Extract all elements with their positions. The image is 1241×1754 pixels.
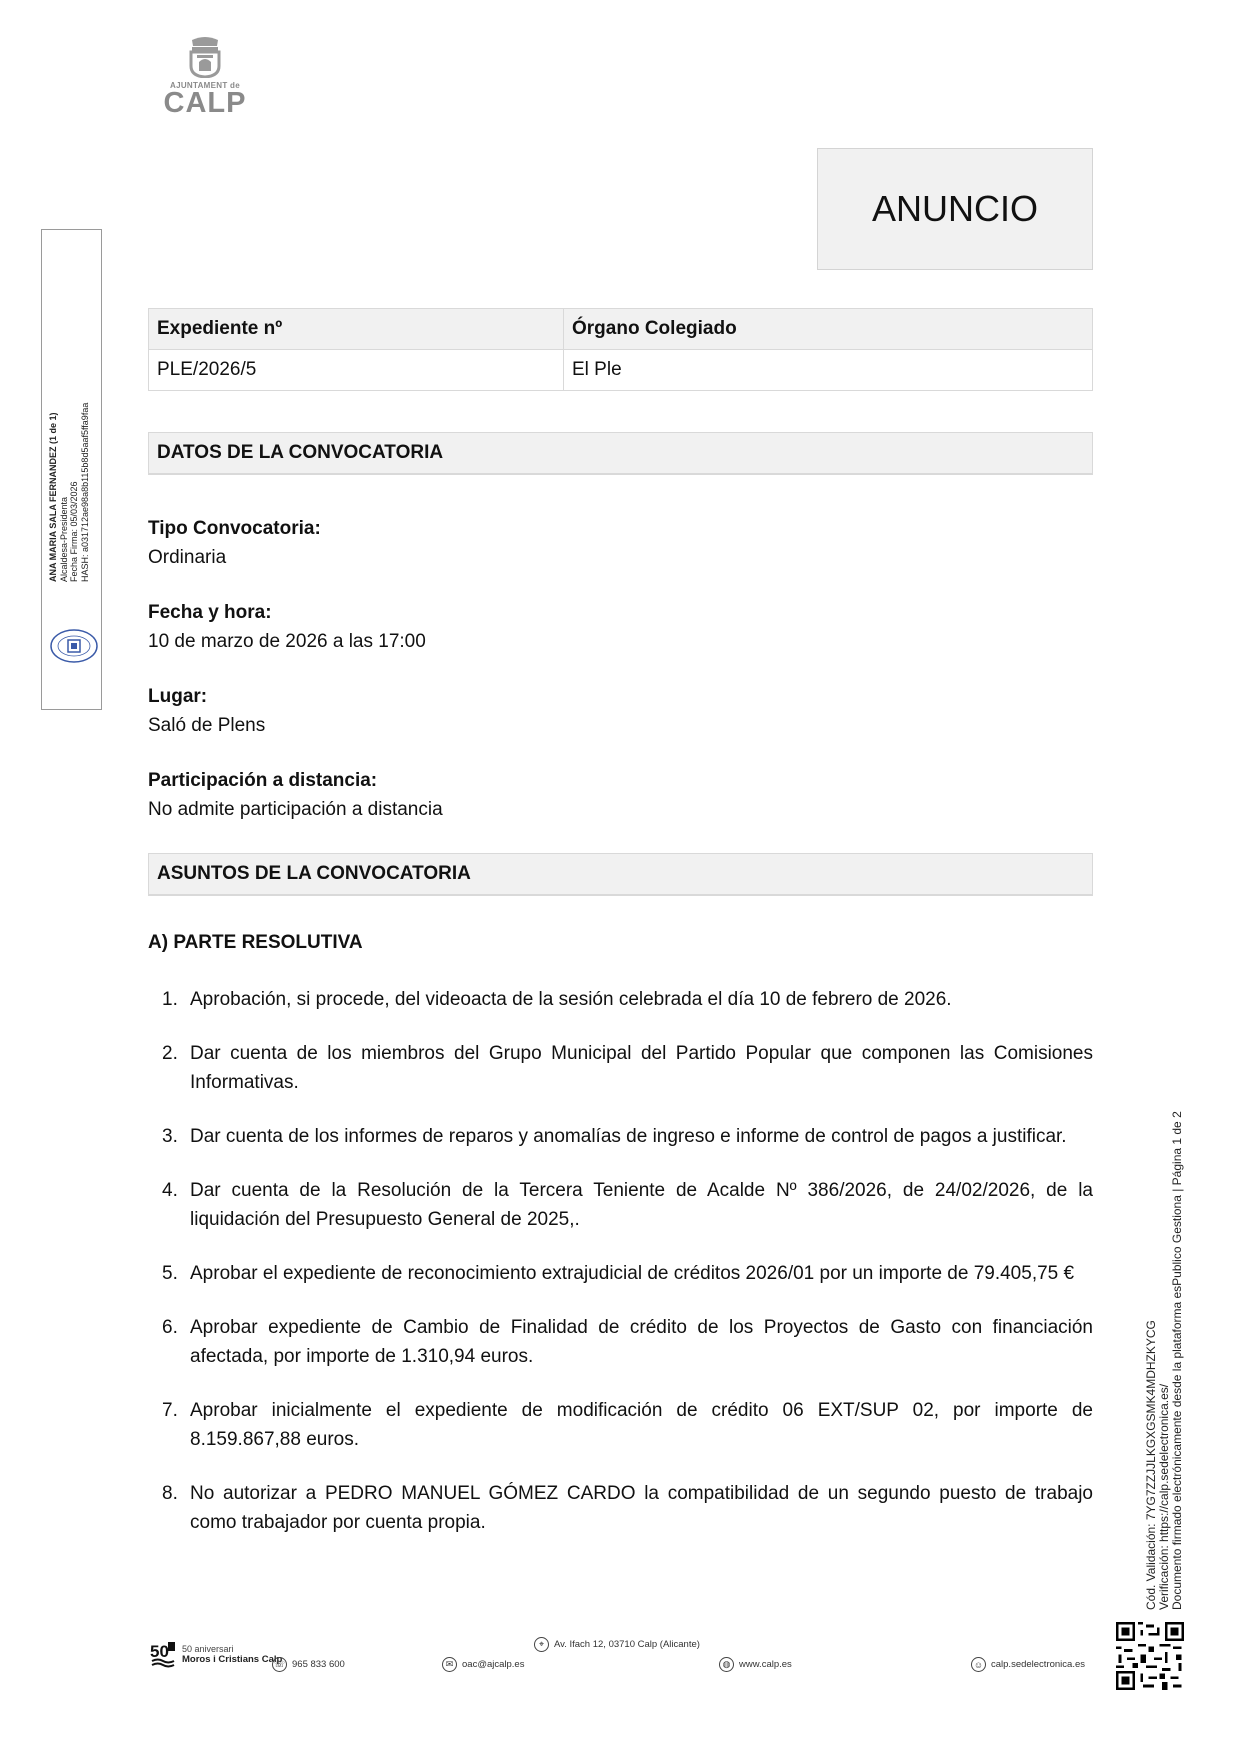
field-label: Tipo Convocatoria: (148, 514, 321, 543)
item-text: Dar cuenta de la Resolución de la Tercer… (190, 1180, 1093, 1230)
address-text: Av. Ifach 12, 03710 Calp (Alicante) (554, 1639, 700, 1650)
item-number: 8. (162, 1479, 178, 1508)
crest-icon (188, 36, 222, 78)
footer-phone: ☏ 965 833 600 (272, 1657, 345, 1672)
web-text[interactable]: www.calp.es (739, 1659, 792, 1670)
asuntos-section-header: ASUNTOS DE LA CONVOCATORIA (148, 853, 1093, 896)
svg-text:50: 50 (150, 1642, 169, 1661)
item-number: 7. (162, 1396, 178, 1425)
item-text: Aprobar expediente de Cambio de Finalida… (190, 1317, 1093, 1367)
item-text: Aprobar inicialmente el expediente de mo… (190, 1400, 1093, 1450)
signature-date: Fecha Firma: 05/03/2026 (69, 403, 80, 582)
list-item: 3.Dar cuenta de los informes de reparos … (148, 1122, 1093, 1151)
item-number: 3. (162, 1122, 178, 1151)
field-participacion: Participación a distancia: No admite par… (148, 766, 443, 824)
item-number: 6. (162, 1313, 178, 1342)
organo-value: El Ple (564, 350, 1093, 391)
footer-email[interactable]: ✉ oac@ajcalp.es (442, 1657, 524, 1672)
field-label: Participación a distancia: (148, 766, 443, 795)
item-number: 2. (162, 1039, 178, 1068)
item-text: Dar cuenta de los informes de reparos y … (190, 1126, 1067, 1147)
item-text: Aprobación, si procede, del videoacta de… (190, 989, 952, 1010)
table-row: PLE/2026/5 El Ple (149, 350, 1093, 391)
globe-icon: ◍ (719, 1657, 734, 1672)
list-item: 6.Aprobar expediente de Cambio de Finali… (148, 1313, 1093, 1371)
field-value: No admite participación a distancia (148, 795, 443, 824)
item-text: No autorizar a PEDRO MANUEL GÓMEZ CARDO … (190, 1483, 1093, 1533)
expediente-table: Expediente nº Órgano Colegiado PLE/2026/… (148, 308, 1093, 391)
item-text: Aprobar el expediente de reconocimiento … (190, 1263, 1074, 1284)
field-label: Fecha y hora: (148, 598, 426, 627)
item-text: Dar cuenta de los miembros del Grupo Mun… (190, 1043, 1093, 1093)
anniversary-line2: Moros i Cristians Calp (182, 1654, 282, 1665)
qr-code-icon (1116, 1622, 1184, 1690)
footer-web[interactable]: ◍ www.calp.es (719, 1657, 792, 1672)
phone-icon: ☏ (272, 1657, 287, 1672)
location-pin-icon: ⌖ (534, 1637, 549, 1652)
field-lugar: Lugar: Saló de Plens (148, 682, 265, 740)
datos-section-header: DATOS DE LA CONVOCATORIA (148, 432, 1093, 475)
signed-platform-note: Documento firmado electrónicamente desde… (1171, 1111, 1184, 1610)
list-item: 2.Dar cuenta de los miembros del Grupo M… (148, 1039, 1093, 1097)
header-expediente: Expediente nº (149, 309, 564, 350)
signature-text: ANA MARIA SALA FERNANDEZ (1 de 1) Alcald… (48, 403, 90, 582)
signer-role: Alcaldesa-Presidenta (59, 403, 70, 582)
field-value: Saló de Plens (148, 711, 265, 740)
user-icon: ☺ (971, 1657, 986, 1672)
email-text[interactable]: oac@ajcalp.es (462, 1659, 524, 1670)
list-item: 8.No autorizar a PEDRO MANUEL GÓMEZ CARD… (148, 1479, 1093, 1537)
anniversary-logo: 50 50 aniversari Moros i Cristians Calp (150, 1640, 282, 1668)
list-item: 1.Aprobación, si procede, del videoacta … (148, 985, 1093, 1014)
list-item: 7.Aprobar inicialmente el expediente de … (148, 1396, 1093, 1454)
list-item: 4.Dar cuenta de la Resolución de la Terc… (148, 1176, 1093, 1234)
field-tipo: Tipo Convocatoria: Ordinaria (148, 514, 321, 572)
footer-address: ⌖ Av. Ifach 12, 03710 Calp (Alicante) (534, 1637, 700, 1652)
signature-hash: HASH: a031712ae98a8b115b8d5aaf5ffa9faa (80, 403, 91, 582)
expediente-value: PLE/2026/5 (149, 350, 564, 391)
document-type-box: ANUNCIO (817, 148, 1093, 270)
list-item: 5.Aprobar el expediente de reconocimient… (148, 1259, 1093, 1288)
official-seal-icon (49, 628, 99, 664)
footer-sede[interactable]: ☺ calp.sedelectronica.es (971, 1657, 1085, 1672)
header-organo: Órgano Colegiado (564, 309, 1093, 350)
sede-text[interactable]: calp.sedelectronica.es (991, 1659, 1085, 1670)
field-value: Ordinaria (148, 543, 321, 572)
item-number: 5. (162, 1259, 178, 1288)
moros-cristians-logo-icon: 50 (150, 1640, 176, 1668)
signer-name: ANA MARIA SALA FERNANDEZ (1 de 1) (48, 403, 59, 582)
anniversary-line1: 50 aniversari (182, 1644, 282, 1654)
part-title: A) PARTE RESOLUTIVA (148, 932, 363, 954)
validation-text: Cód. Validación: 7YG7ZZJJLKGXGSMK4MDHZKY… (1145, 1111, 1184, 1610)
agenda-list: 1.Aprobación, si procede, del videoacta … (148, 985, 1093, 1562)
field-fecha: Fecha y hora: 10 de marzo de 2026 a las … (148, 598, 426, 656)
field-label: Lugar: (148, 682, 265, 711)
ajuntament-calp-logo: AJUNTAMENT de CALP (160, 36, 250, 130)
table-header-row: Expediente nº Órgano Colegiado (149, 309, 1093, 350)
logo-line2: CALP (164, 90, 247, 116)
item-number: 4. (162, 1176, 178, 1205)
envelope-icon: ✉ (442, 1657, 457, 1672)
field-value: 10 de marzo de 2026 a las 17:00 (148, 627, 426, 656)
item-number: 1. (162, 985, 178, 1014)
phone-text: 965 833 600 (292, 1659, 345, 1670)
